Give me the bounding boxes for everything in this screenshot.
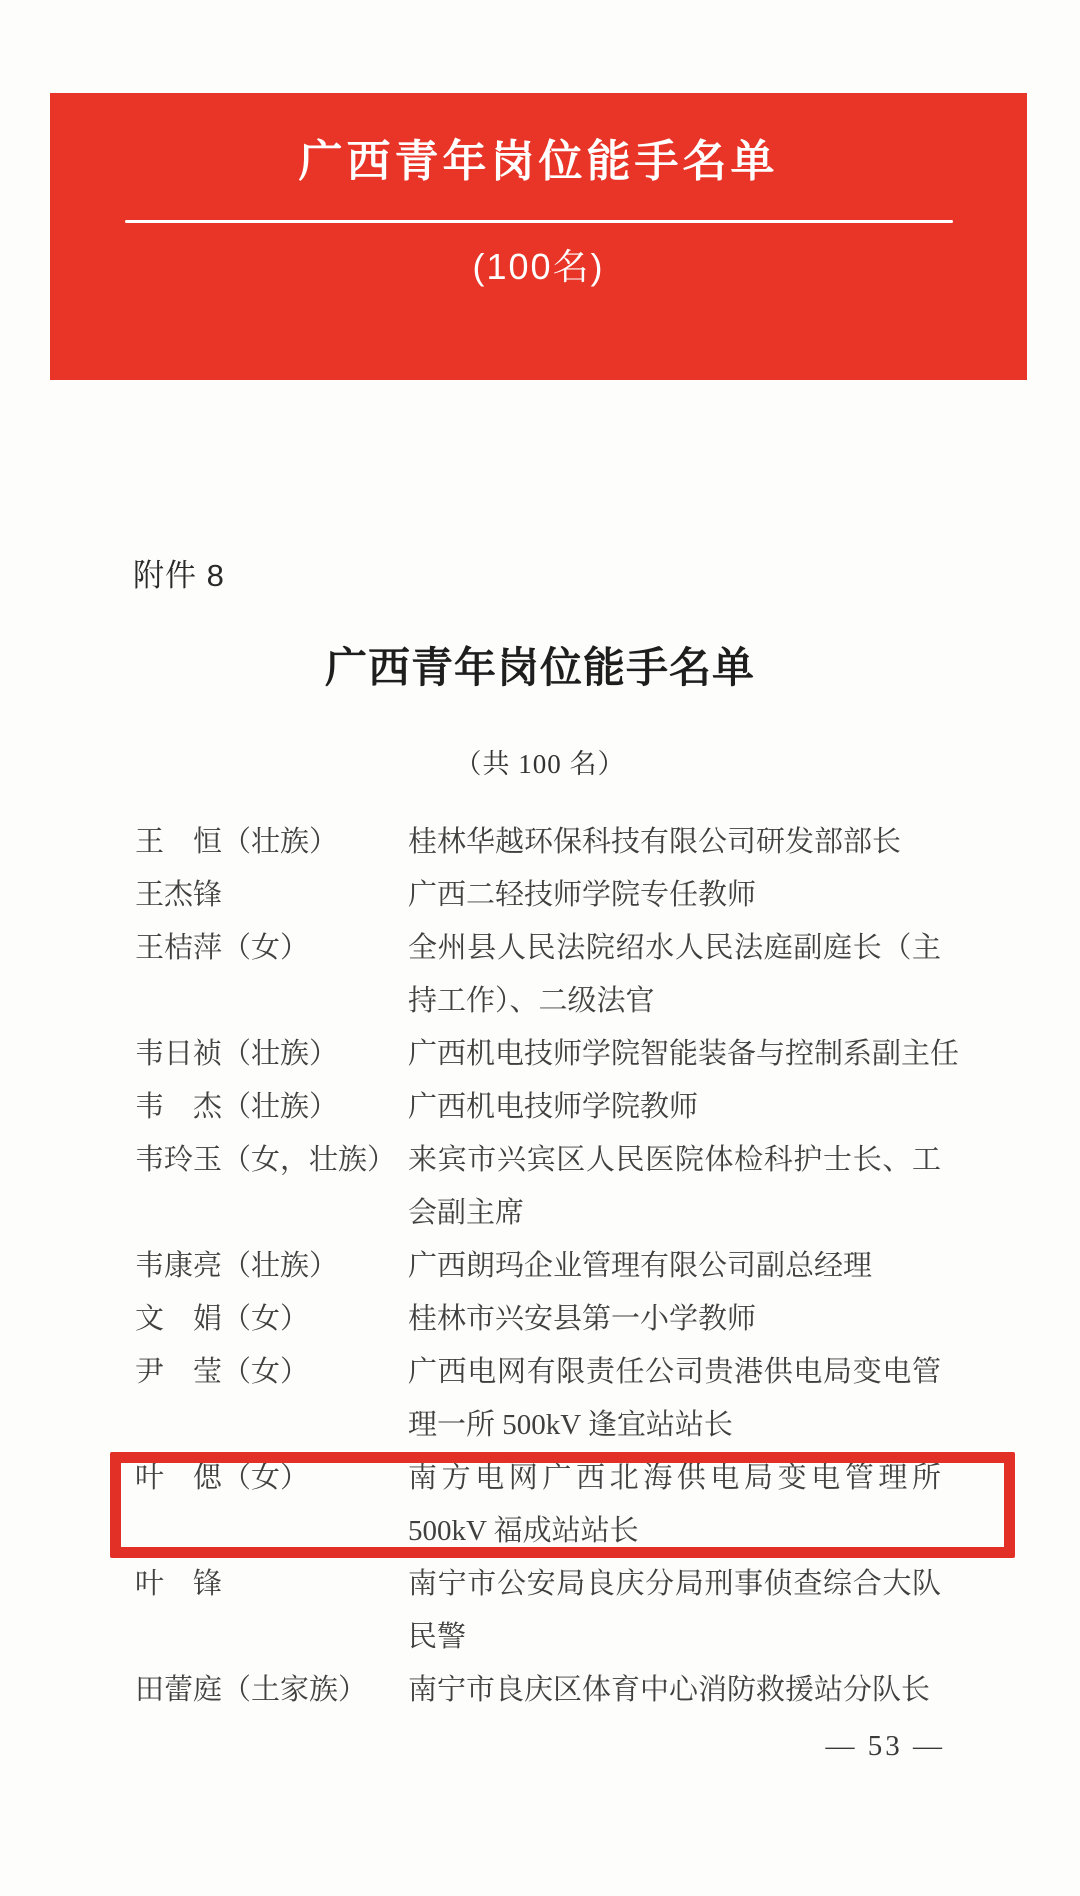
document-title: 广西青年岗位能手名单 — [0, 646, 1080, 692]
list-entry-highlighted: 叶 偲（女） 南方电网广西北海供电局变电管理所 500kV 福成站站长 — [135, 1452, 1015, 1558]
entry-position: 广西机电技师学院智能装备与控制系副主任 — [408, 1028, 1015, 1081]
entry-position-line: 全州县人民法院绍水人民法庭副庭长（主 — [408, 922, 941, 975]
entry-position: 来宾市兴宾区人民医院体检科护士长、工 会副主席 — [408, 1134, 1015, 1240]
list-entry: 王杰锋 广西二轻技师学院专任教师 — [135, 869, 1015, 922]
entry-name: 田蕾庭（土家族） — [135, 1664, 408, 1717]
entry-name: 王桔萍（女） — [135, 922, 408, 975]
entry-position: 南宁市良庆区体育中心消防救援站分队长 — [408, 1664, 1015, 1717]
entry-position-line: 广西机电技师学院智能装备与控制系副主任 — [408, 1028, 1015, 1081]
entry-position: 桂林市兴安县第一小学教师 — [408, 1293, 1015, 1346]
attachment-label: 附件 8 — [133, 550, 225, 595]
banner-count: (100名) — [472, 249, 604, 285]
list-entry: 韦玲玉（女，壮族） 来宾市兴宾区人民医院体检科护士长、工 会副主席 — [135, 1134, 1015, 1240]
list-entry: 尹 莹（女） 广西电网有限责任公司贵港供电局变电管 理一所 500kV 逢宜站站… — [135, 1346, 1015, 1452]
list-entry: 文 娟（女） 桂林市兴安县第一小学教师 — [135, 1293, 1015, 1346]
list-entry: 韦 杰（壮族） 广西机电技师学院教师 — [135, 1081, 1015, 1134]
entry-name: 韦玲玉（女，壮族） — [135, 1134, 408, 1187]
entry-name: 叶 锋 — [135, 1558, 408, 1611]
entry-position-line: 桂林华越环保科技有限公司研发部部长 — [408, 816, 1015, 869]
entry-position-line: 民警 — [408, 1611, 1015, 1664]
entry-position: 南宁市公安局良庆分局刑事侦查综合大队 民警 — [408, 1558, 1015, 1664]
list-entry: 韦日祯（壮族） 广西机电技师学院智能装备与控制系副主任 — [135, 1028, 1015, 1081]
entry-position: 广西机电技师学院教师 — [408, 1081, 1015, 1134]
entry-position-line: 500kV 福成站站长 — [408, 1505, 1015, 1558]
entry-position: 广西二轻技师学院专任教师 — [408, 869, 1015, 922]
entry-position: 南方电网广西北海供电局变电管理所 500kV 福成站站长 — [408, 1452, 1015, 1558]
entry-position-line: 南方电网广西北海供电局变电管理所 — [408, 1452, 941, 1505]
entry-position-line: 持工作）、二级法官 — [408, 975, 1015, 1028]
entry-position: 广西电网有限责任公司贵港供电局变电管 理一所 500kV 逢宜站站长 — [408, 1346, 1015, 1452]
entry-position-line: 南宁市良庆区体育中心消防救援站分队长 — [408, 1664, 1015, 1717]
entry-position: 全州县人民法院绍水人民法庭副庭长（主 持工作）、二级法官 — [408, 922, 1015, 1028]
entry-name: 韦 杰（壮族） — [135, 1081, 408, 1134]
entry-position-line: 南宁市公安局良庆分局刑事侦查综合大队 — [408, 1558, 941, 1611]
entry-position: 广西朗玛企业管理有限公司副总经理 — [408, 1240, 1015, 1293]
list-entry: 叶 锋 南宁市公安局良庆分局刑事侦查综合大队 民警 — [135, 1558, 1015, 1664]
roster-list: 王 恒（壮族） 桂林华越环保科技有限公司研发部部长 王杰锋 广西二轻技师学院专任… — [135, 816, 1015, 1717]
entry-position-line: 桂林市兴安县第一小学教师 — [408, 1293, 1015, 1346]
banner-title: 广西青年岗位能手名单 — [299, 140, 779, 184]
list-entry: 王桔萍（女） 全州县人民法院绍水人民法庭副庭长（主 持工作）、二级法官 — [135, 922, 1015, 1028]
document-subtitle: （共 100 名） — [0, 742, 1080, 781]
entry-position-line: 会副主席 — [408, 1187, 1015, 1240]
entry-position-line: 广西电网有限责任公司贵港供电局变电管 — [408, 1346, 941, 1399]
page-number: — 53 — — [826, 1730, 946, 1763]
entry-position-line: 广西二轻技师学院专任教师 — [408, 869, 1015, 922]
entry-position-line: 广西机电技师学院教师 — [408, 1081, 1015, 1134]
banner: 广西青年岗位能手名单 (100名) — [50, 93, 1027, 380]
entry-name: 王杰锋 — [135, 869, 408, 922]
list-entry: 韦康亮（壮族） 广西朗玛企业管理有限公司副总经理 — [135, 1240, 1015, 1293]
list-entry: 田蕾庭（土家族） 南宁市良庆区体育中心消防救援站分队长 — [135, 1664, 1015, 1717]
entry-name: 韦日祯（壮族） — [135, 1028, 408, 1081]
list-entry: 王 恒（壮族） 桂林华越环保科技有限公司研发部部长 — [135, 816, 1015, 869]
entry-name: 王 恒（壮族） — [135, 816, 408, 869]
entry-position-line: 来宾市兴宾区人民医院体检科护士长、工 — [408, 1134, 941, 1187]
entry-position: 桂林华越环保科技有限公司研发部部长 — [408, 816, 1015, 869]
entry-name: 尹 莹（女） — [135, 1346, 408, 1399]
entry-name: 文 娟（女） — [135, 1293, 408, 1346]
entry-name: 叶 偲（女） — [135, 1452, 408, 1505]
entry-position-line: 广西朗玛企业管理有限公司副总经理 — [408, 1240, 1015, 1293]
document-page: 广西青年岗位能手名单 (100名) 附件 8 广西青年岗位能手名单 （共 100… — [0, 0, 1080, 1896]
entry-name: 韦康亮（壮族） — [135, 1240, 408, 1293]
banner-divider — [125, 220, 953, 223]
entry-position-line: 理一所 500kV 逢宜站站长 — [408, 1399, 1015, 1452]
